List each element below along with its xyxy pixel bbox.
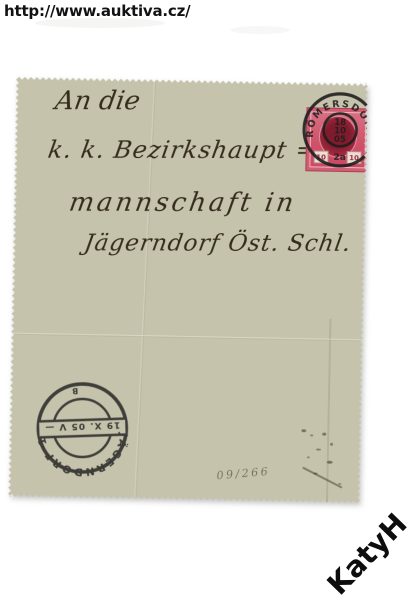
auction-site-url-watermark: http://www.auktiva.cz/	[4, 2, 190, 20]
handwriting-line: An die	[53, 86, 142, 116]
ink-smudge	[322, 433, 326, 436]
ink-smudge	[310, 434, 313, 436]
pencil-catalog-note: 09/266	[216, 465, 271, 483]
fold-crease-vertical-right	[326, 319, 331, 503]
postmark-index-letter: B	[72, 386, 78, 395]
handwriting-line: mannschaft in	[67, 188, 299, 218]
ink-smudge	[330, 443, 333, 446]
auction-scan-page: http://www.auktiva.cz/ An die k. k. Bezi…	[0, 0, 411, 600]
seller-watermark: KatyH	[315, 500, 411, 600]
handwriting-line: k. k. Bezirkshaupt =	[46, 136, 319, 164]
ink-smudge	[307, 456, 310, 458]
ink-smudge-stroke	[302, 467, 342, 488]
postmark-sent-roemersdorf: RÖMERSDORF 18 10 05 2a	[299, 89, 381, 171]
letter-card: An die k. k. Bezirkshaupt = mannschaft i…	[8, 77, 368, 504]
ink-smudge	[301, 429, 306, 432]
ink-smudge	[327, 461, 333, 464]
handwriting-line: Jägerndorf Öst. Schl.	[82, 230, 353, 256]
ink-smudge	[316, 448, 321, 450]
postmark-date-year: 05	[334, 135, 346, 145]
fold-crease-horizontal	[11, 333, 363, 342]
postmark-office-code: 2a	[333, 153, 346, 163]
scanned-letter-photo: An die k. k. Bezirkshaupt = mannschaft i…	[8, 77, 368, 504]
postmark-received-jaegerndorf: 19 X. 05 V — JÄGERNDORF 1 B	[31, 376, 134, 479]
scan-smudge	[230, 26, 290, 34]
